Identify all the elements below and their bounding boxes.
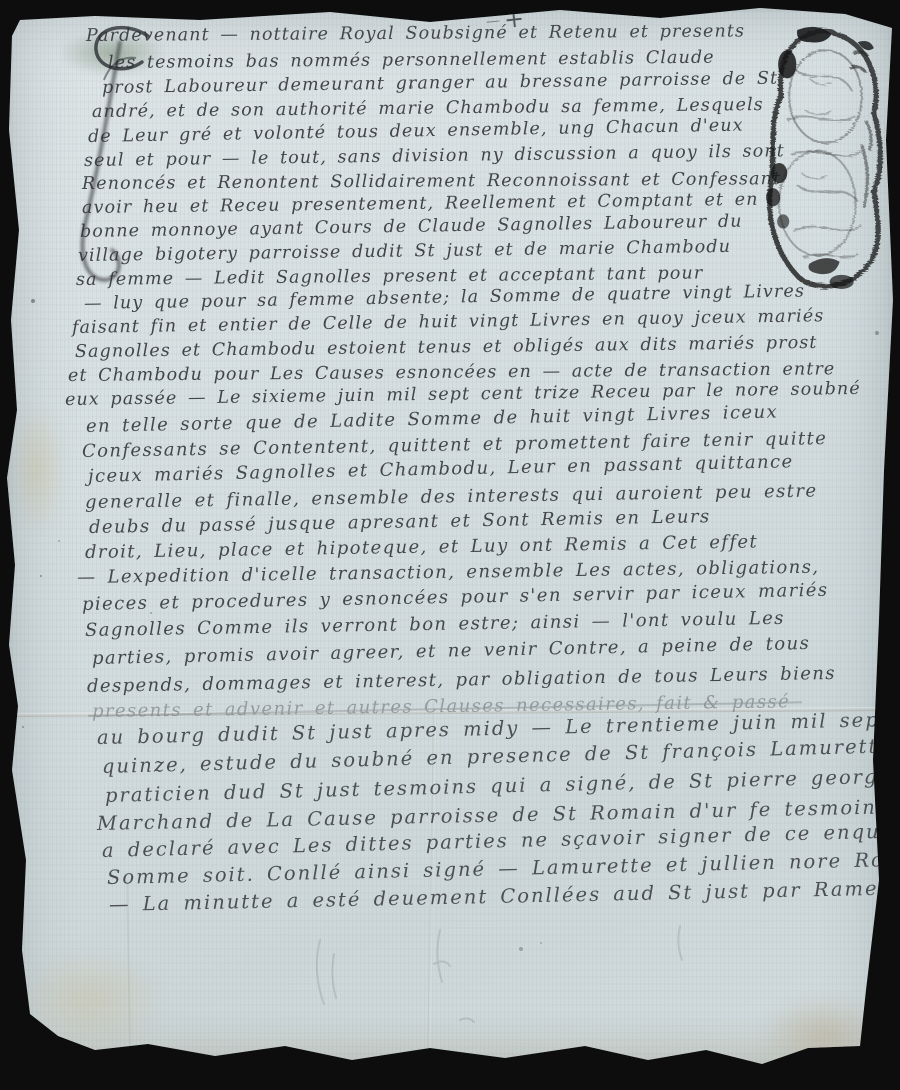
manuscript-line-14: Sagnolles et Chambodu estoient tenus et …	[75, 333, 818, 362]
manuscript-paper: + Pardevenant — nottaire Royal Soubsigné…	[0, 0, 900, 1090]
manuscript-line-2: les tesmoins bas nommés personnellement …	[108, 48, 715, 73]
manuscript-line-3: prost Laboureur demeurant granger au bre…	[102, 69, 778, 98]
manuscript-line-1: Pardevenant — nottaire Royal Soubsigné e…	[86, 21, 745, 46]
manuscript-line-10: village bigotery parroisse dudit St just…	[78, 237, 731, 266]
manuscript-line-6: seul et pour — le tout, sans division ny…	[84, 141, 785, 171]
notarial-ink-stamp	[756, 24, 894, 296]
ink-specks	[0, 0, 2, 2]
